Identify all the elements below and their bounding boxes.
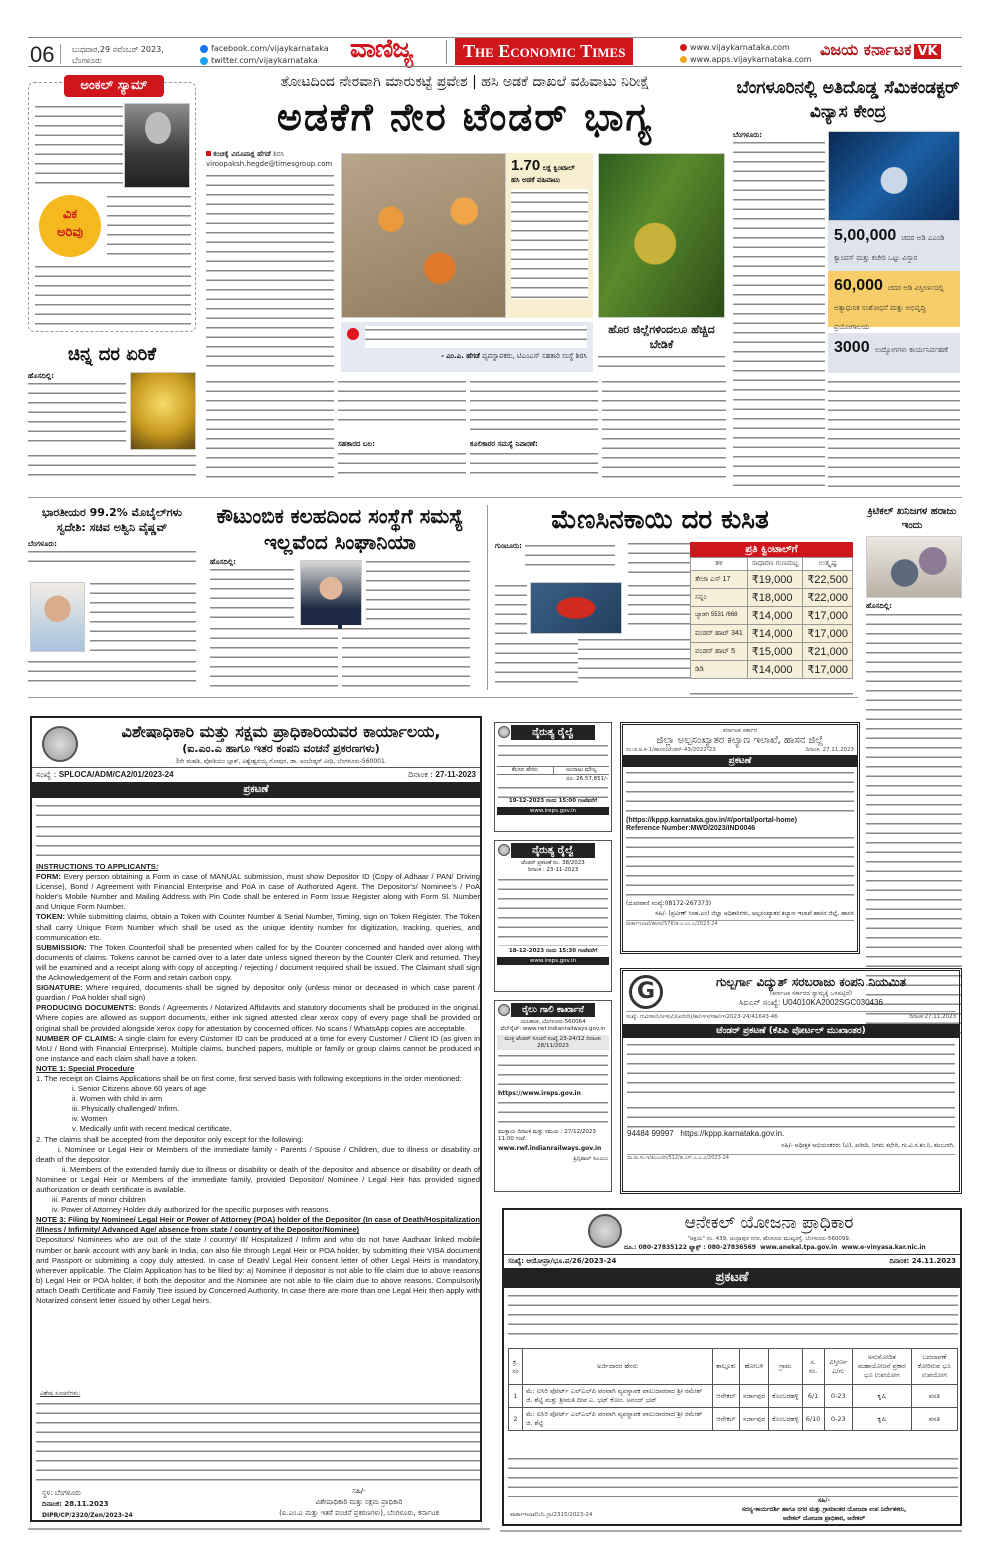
- railway-title: ನೈರುತ್ಯ ರೈಲ್ವೆ: [511, 725, 595, 740]
- website-url: www.vijaykarnataka.com: [690, 43, 790, 52]
- lead-body-col1b: [206, 378, 334, 478]
- rwf-table: [498, 1099, 608, 1127]
- uncle-sam-body-2: [107, 193, 191, 259]
- instruction-label: SUBMISSION:: [36, 943, 87, 952]
- col-village: ಗ್ರಾಮ: [769, 1349, 803, 1385]
- exception-item: i. Senior Citizens above 60 years of age: [36, 1084, 480, 1094]
- cell: 2: [509, 1408, 523, 1431]
- instruction-text: Where required, documents shall be signe…: [36, 983, 480, 1002]
- col-best: ಉತ್ಕೃಷ್ಟ: [803, 558, 853, 571]
- rwf-logo-icon: [498, 1004, 510, 1016]
- rwf-ref: ಮುಕ್ತ ಟೆಂಡರ್ ಸೂಚನೆ ಸಂಖ್ಯೆ 23-24/12 ದಿನಾಂ…: [497, 1035, 609, 1050]
- website-link[interactable]: www.vijaykarnataka.com: [680, 42, 812, 54]
- sub-item: i. Nominee or Legal Heir or Members of t…: [36, 1145, 480, 1165]
- anekal-web-2[interactable]: www.e-vinyasa.kar.nic.in: [842, 1244, 926, 1251]
- side-body: [598, 353, 725, 373]
- col-area: ವಿಸ್ತೀರ್ಣ ಎ/ಗು: [824, 1349, 852, 1385]
- facebook-url: facebook.com/vijaykarnataka: [211, 44, 329, 53]
- instruction-documents: PRODUCING DOCUMENTS: Bonds / Agreements …: [36, 1003, 480, 1033]
- rule: [504, 1254, 960, 1255]
- masthead-bottom-rule: [28, 66, 962, 67]
- exception-item: iv. Women: [36, 1114, 480, 1124]
- railway-work-desc: [498, 784, 608, 798]
- gescom-bar: ಟೆಂಡರ್ ಪ್ರಕಟಣೆ (ಕೆಪಿಪಿ ಪೋರ್ಟಲ್ ಮುಖಾಂತರ): [623, 1024, 959, 1038]
- brand-logo: ವಿಜಯ ಕರ್ನಾಟಕVK: [820, 40, 941, 60]
- best-price: ₹17,000: [803, 607, 853, 625]
- lead-body-col3: [470, 378, 598, 438]
- lead-body-col4: [602, 378, 726, 478]
- portrait-face: [145, 112, 171, 144]
- cell: ಕೃಷಿ: [852, 1408, 911, 1431]
- gescom-ref: ಸಂಖ್ಯೆ: ಗುವಿಸಕಂನಿ/ಅಇ(ವಿ)(ಖರೀದಿ)/ಕಾನಿಇಇ/ಸ…: [626, 1014, 778, 1021]
- mobile-headline: ಭಾರತೀಯರ 99.2% ಮೊಬೈಲ್‌ಗಳು ಸ್ವದೇಶಿ: ಸಚಿವ ಅ…: [28, 505, 196, 535]
- stat-header: 1.70 ಲಕ್ಷ ಕ್ವಿಂಟಾಲ್: [511, 157, 588, 174]
- twitter-icon: [200, 57, 208, 65]
- instruction-form: FORM: Every person obtaining a Form in c…: [36, 872, 480, 912]
- exception-item: iii. Physically challenged/ Infirm.: [36, 1104, 480, 1114]
- railway2-body: [498, 876, 608, 946]
- anekal-ref: ಸಂಖ್ಯೆ: ಆಯೋಪ್ರಾ/ಭೂ.ಪ/26/2023-24: [508, 1257, 616, 1266]
- anekal-web-1[interactable]: www.anekal.tpa.gov.in: [760, 1244, 837, 1251]
- notice-address: 3ನೇ ಮಹಡಿ, ಪೋಡಿಯಂ ಬ್ಲಾಕ್, ವಿಶ್ವೇಶ್ವರಯ್ಯ ಗ…: [82, 758, 480, 766]
- stat-value: 5,00,000: [834, 227, 896, 244]
- anekal-foot-text: [508, 1455, 958, 1497]
- avg-price: ₹14,000: [747, 607, 803, 625]
- anekal-date: ದಿನಾಂಕ: 24.11.2023: [889, 1257, 956, 1266]
- col-average: ಸಾಧಾರಣ ಗುಣಮಟ್ಟ: [747, 558, 803, 571]
- anekal-contact-row: ದೂ.: 080-27835122 ಫ್ಯಾಕ್ಸ್ : 080-2783656…: [624, 1244, 954, 1252]
- uncle-sam-label: ಅಂಕಲ್ ಸ್ಯಾಮ್: [64, 75, 164, 97]
- railway-value: ರೂ. 26,57,851/-: [498, 776, 608, 783]
- gescom-cin: ಸಿಐಎನ್ ಸಂಖ್ಯೆ: U04010KA2002SGC030436: [663, 998, 959, 1008]
- mobile-body: [28, 548, 196, 570]
- rwf-address: ಯಲಹಂಕ, ಬೆಂಗಳೂರು-560064: [495, 1019, 611, 1026]
- twitter-url: twitter.com/vijaykarnataka: [211, 56, 318, 65]
- best-price: ₹17,000: [803, 625, 853, 643]
- globe-icon: [680, 44, 687, 51]
- col-taluk: ತಾಲ್ಲೂಕು: [713, 1349, 740, 1385]
- date-text: ಬುಧವಾರ,29 ನವೆಂಬರ್ 2023,: [72, 44, 164, 55]
- gold-body: [28, 380, 126, 448]
- sign-1: ಸದಸ್ಯ-ಕಾರ್ಯದರ್ಶಿ ಹಾಗೂ ನಗರ ಮತ್ತು ಗ್ರಾಮಾಂತ…: [694, 1505, 954, 1514]
- lead-body-col3b: [470, 450, 598, 480]
- hassan-title: ಜಿಲ್ಲಾ ಅಲ್ಪಸಂಖ್ಯಾತರ ಕಲ್ಯಾಣ ಇಲಾಖೆ, ಹಾಸನ ಜ…: [623, 735, 857, 746]
- instruction-signature: SIGNATURE: Where required, documents sha…: [36, 983, 480, 1003]
- stat-value: 1.70: [511, 157, 540, 174]
- stat-box: 1.70 ಲಕ್ಷ ಕ್ವಿಂಟಾಲ್ ಹಸಿ ಅಡಕೆ ವಹಿವಾಟು: [506, 153, 593, 318]
- lead-byline: ಕಂಚಿಕೈ ವಿರೂಪಾಕ್ಷ ಹೆಗಡೆ ಶಿರಸಿ: [206, 150, 284, 159]
- cell: 0-23: [824, 1385, 852, 1408]
- rule: [32, 767, 480, 768]
- badge-line-1: ವಿಕ: [39, 207, 101, 222]
- avg-price: ₹18,000: [747, 589, 803, 607]
- col-from-use: ಅನುಮೋದಿತ ಮಹಾಯೋಜನೆ ಪ್ರಕಾರ ಭೂ ಉಪಯೋಗ: [852, 1349, 911, 1385]
- gescom-footer: ವಾ.ಸಾ.ಸಂ.ಇ/ಕಲಬುರಗಿ/512/ಡಿ.ಎಸ್.ಎ.ಎ.ವಿ/202…: [627, 1154, 955, 1161]
- section-divider: [28, 497, 962, 498]
- instruction-label: NUMBER OF CLAIMS:: [36, 1034, 116, 1043]
- vk-badge: VK: [914, 44, 940, 59]
- gold-jewelry-photo: [130, 372, 196, 450]
- gescom-notice: G ಗುಲ್ಬರ್ಗಾ ವಿದ್ಯುತ್ ಸರಬರಾಜು ಕಂಪನಿ ನಿಯಮಿ…: [620, 968, 962, 1194]
- notice-title: ವಿಶೇಷಾಧಿಕಾರಿ ಮತ್ತು ಸಕ್ಷಮ ಪ್ರಾಧಿಕಾರಿಯವರ ಕ…: [82, 722, 480, 742]
- rwf-body: [498, 1052, 608, 1088]
- table-title: ಪ್ರತಿ ಕ್ವಿಂಟಾಲ್‌ಗೆ: [690, 542, 853, 557]
- karnataka-emblem-icon: [42, 726, 78, 762]
- col-variety: ತಳಿ: [691, 558, 748, 571]
- railway-logo-icon: [498, 726, 510, 738]
- hassan-ref-row: ಸಂ:ಜಿ.ಅ.ಕ-1/ಹಾಸನ/ಟೆಂಡರ್-43/2022-23ದಿನಾಂಕ…: [626, 747, 854, 754]
- variety: ಬ್ಯಾಡಗಿ 5531 /668: [691, 607, 748, 625]
- ref-number: SPLOCA/ADM/CA2/01/2023-24: [59, 770, 174, 779]
- cell: 6/10: [802, 1408, 824, 1431]
- avg-price: ₹15,000: [747, 643, 803, 661]
- date-value: 27-11-2023: [436, 770, 476, 779]
- gold-body-cont: [28, 452, 196, 482]
- uncle-sam-body-1: [35, 103, 123, 189]
- raymond-body-col1b: [210, 625, 338, 687]
- ireps-link[interactable]: https://www.ireps.gov.in: [498, 1090, 608, 1097]
- signatory-1: ವಿಶೇಷಾಧಿಕಾರಿ ಮತ್ತು ಸಕ್ಷಮ ಪ್ರಾಧಿಕಾರಿ: [244, 1497, 474, 1508]
- note3-text: Depositors/ Nominees who are out of the …: [36, 1235, 480, 1306]
- instructions-block: INSTRUCTIONS TO APPLICANTS: FORM: Every …: [36, 862, 480, 1306]
- spl-officer-notice: ವಿಶೇಷಾಧಿಕಾರಿ ಮತ್ತು ಸಕ್ಷಮ ಪ್ರಾಧಿಕಾರಿಯವರ ಕ…: [30, 716, 482, 1522]
- instruction-label: SIGNATURE:: [36, 983, 83, 992]
- cell: 1: [509, 1385, 523, 1408]
- notice-ref: ಸಂಖ್ಯೆ : SPLOCA/ADM/CA2/01/2023-24: [36, 770, 174, 780]
- gescom-body: [627, 1041, 955, 1101]
- gescom-title: ಗುಲ್ಬರ್ಗಾ ವಿದ್ಯುತ್ ಸರಬರಾಜು ಕಂಪನಿ ನಿಯಮಿತ: [663, 975, 959, 990]
- quote-attribution: - ಎಂ.ಎ. ಹೆಗಡೆ ವ್ಯವಸ್ಥಾಪಕರು, ಟಿಎಂಎಸ್ ಸಹಕಾ…: [347, 352, 587, 361]
- section-title: ವಾಣಿಜ್ಯ: [350, 34, 412, 65]
- notice-signoff-right: ಸಹಿ/- ವಿಶೇಷಾಧಿಕಾರಿ ಮತ್ತು ಸಕ್ಷಮ ಪ್ರಾಧಿಕಾರ…: [244, 1486, 474, 1519]
- instruction-claims: NUMBER OF CLAIMS: A single claim for eve…: [36, 1034, 480, 1064]
- railway-tender-2: ನೈರುತ್ಯ ರೈಲ್ವೆ ಟೆಂಡರ್ ಪ್ರಕಟಣೆ ನಂ. 38/202…: [494, 840, 612, 992]
- lead-headline: ಅಡಕೆಗೆ ನೇರ ಟೆಂಡರ್ ಭಾಗ್ಯ: [200, 92, 730, 142]
- chip-photo: [828, 131, 960, 221]
- facebook-icon: [200, 45, 208, 53]
- railway-closing: 18-12-2023 ರಂದು 15:30 ಗಂಟೆವರೆಗೆ: [495, 948, 611, 955]
- notice-subtitle: (ಐ.ಎಂ.ಎ ಹಾಗೂ ಇತರ ಕಂಪನಿ ವಂಚನೆ ಪ್ರಕರಣಗಳು): [82, 742, 480, 756]
- railway-closing: 19-12-2023 ರಂದು 15:00 ಗಂಟೆವರೆಗೆ: [495, 798, 611, 805]
- place: ಸ್ಥಳ: ಬೆಂಗಳೂರು: [42, 1488, 133, 1499]
- best-price: ₹21,000: [803, 643, 853, 661]
- cell: ವಸತಿ: [911, 1385, 957, 1408]
- anekal-signoff: ಸಹಿ/- ಸದಸ್ಯ-ಕಾರ್ಯದರ್ಶಿ ಹಾಗೂ ನಗರ ಮತ್ತು ಗ್…: [694, 1496, 954, 1523]
- cell: ವಸತಿ: [911, 1408, 957, 1431]
- lead-body-col2: [338, 378, 466, 422]
- avg-price: ₹19,000: [747, 571, 803, 589]
- quote-dot-icon: [347, 328, 359, 340]
- best-price: ₹22,000: [803, 589, 853, 607]
- instruction-text: Every person obtaining a Form in case of…: [36, 872, 480, 911]
- divider: [60, 44, 61, 64]
- rwf-closing: ಮುಕ್ತಾಯ ದಿನಾಂಕ ಮತ್ತು ಸಮಯ : 27/12/2023 11…: [498, 1129, 608, 1143]
- exception-item: v. Medically unfit with recent medical c…: [36, 1124, 480, 1134]
- cell: 0-23: [824, 1408, 852, 1431]
- sign-2: ಆನೇಕಲ್ ಯೋಜನಾ ಪ್ರಾಧಿಕಾರ, ಆನೇಕಲ್: [694, 1514, 954, 1523]
- cell: ಮೆ: ಐಸಿರಿ ಪೋರ್ಟ್ ಎಲ್‌ಎಲ್‌ಪಿ ಪರವಾಗಿ ವ್ಯವಸ…: [523, 1408, 713, 1431]
- byline-place: ಶಿರಸಿ: [273, 150, 284, 158]
- cell: ಮೆ: ಐಸಿರಿ ಪೋರ್ಟ್ ಎಲ್‌ಎಲ್‌ಪಿ ಪರವಾಗಿ ವ್ಯವಸ…: [523, 1385, 713, 1408]
- kppp-link[interactable]: (https://kppp.karnataka.gov.in/#/portal/…: [626, 817, 854, 824]
- chilli-body-6: [578, 636, 706, 686]
- raymond-body-col2b: [342, 625, 470, 687]
- uncle-sam-portrait: [124, 103, 190, 188]
- cell: ಕೊಂಬರಹಳ್ಳಿ: [769, 1408, 803, 1431]
- lead-kicker: ತೋಟದಿಂದ ನೇರವಾಗಿ ಮಾರುಕಟ್ಟೆ ಪ್ರವೇಶ | ಹಸಿ ಅ…: [200, 74, 730, 90]
- gescom-sign: ಸಹಿ/- ಅಧೀಕ್ಷಕ ಅಭಿಯಂತರರು (ವಿ), ಖರೀದಿ, ನಿಗ…: [627, 1142, 955, 1150]
- hassan-phone: (ದೂರವಾಣಿ ಸಂಖ್ಯೆ:08172-267373): [626, 900, 854, 908]
- areca-palm-photo: [598, 153, 725, 318]
- instruction-token: TOKEN: While submitting claims, obtain a…: [36, 912, 480, 942]
- note1-heading: NOTE 1: Special Procedure: [36, 1064, 134, 1073]
- variety: ಸನ್ನಂ: [691, 589, 748, 607]
- semicon-body-col1b: [733, 396, 825, 486]
- tender-date: ದಿನಾಂಕ : 23-11-2023: [495, 867, 611, 874]
- sd: ಸಹಿ/-: [694, 1496, 954, 1505]
- railway-intro: [498, 742, 608, 764]
- bottom-rule: [500, 1530, 962, 1532]
- side-headline: ಹೊರ ಜಿಲ್ಲೆಗಳಿಂದಲೂ ಹೆಚ್ಚಿದ ಬೇಡಿಕೆ: [598, 322, 725, 352]
- web-links: www.vijaykarnataka.com www.apps.vijaykar…: [680, 42, 812, 66]
- anekal-notice: ಆನೇಕಲ್ ಯೋಜನಾ ಪ್ರಾಧಿಕಾರ "ಅಕ್ಷಯ" ನಂ. 439, …: [502, 1208, 962, 1526]
- stat-value: 3000: [834, 339, 870, 356]
- railway-website[interactable]: www.ireps.gov.in: [497, 807, 609, 815]
- cell: ಆನೇಕಲ್: [713, 1385, 740, 1408]
- stat-text: ಉದ್ಯೋಗಗಳು ಕಾರ್ಯನಿರ್ವಹಣೆ: [875, 346, 948, 354]
- col-sno: ಕ್ರ. ಸಂ: [509, 1349, 523, 1385]
- brand-name: ವಿಜಯ ಕರ್ನಾಟಕ: [820, 40, 911, 59]
- avg-price: ₹14,000: [747, 625, 803, 643]
- ref-label: ಸಂಖ್ಯೆ :: [36, 770, 56, 779]
- badge-line-2: ಅರಿವು: [39, 225, 101, 240]
- semicon-stat-1: 5,00,000 ಚದರ ಅಡಿ ಎಎಂಡಿ ಕ್ಯಾಂಪಸ್ ಮತ್ತು ಕಚ…: [828, 221, 960, 271]
- hassan-reference-number: Reference Number:MWD/2023/IND0046: [626, 825, 854, 832]
- best-price: ₹22,500: [803, 571, 853, 589]
- mobile-body-3: [28, 658, 196, 688]
- rwf-title: ರೈಲು ಗಾಲಿ ಕಾರ್ಖಾನೆ: [511, 1003, 595, 1017]
- notice-date: ದಿನಾಂಕ : 27-11-2023: [408, 770, 476, 780]
- apps-link[interactable]: www.apps.vijaykarnataka.com: [680, 54, 812, 66]
- table-row: ತೇಜಾ ಎಸ್ 17₹19,000₹22,500: [691, 571, 853, 589]
- instruction-label: PRODUCING DOCUMENTS:: [36, 1003, 136, 1012]
- semicon-stat-3: 3000 ಉದ್ಯೋಗಗಳು ಕಾರ್ಯನಿರ್ವಹಣೆ: [828, 333, 960, 373]
- uncle-sam-box: ಅಂಕಲ್ ಸ್ಯಾಮ್ ವಿಕ ಅರಿವು: [28, 82, 196, 332]
- chilli-dateline: ಗುಂಟೂರು:: [495, 542, 522, 551]
- gescom-logo-icon: G: [629, 975, 663, 1009]
- anekal-bar: ಪ್ರಕಟಣೆ: [504, 1268, 960, 1288]
- tender-number: ಟೆಂಡರ್ ಪ್ರಕಟಣೆ ನಂ. 38/2023: [495, 860, 611, 867]
- railway-tender-1: ನೈರುತ್ಯ ರೈಲ್ವೆ ಕೆಲಸದ ಹೆಸರು ಅಂದಾಜು ಮೌಲ್ಯ …: [494, 722, 612, 832]
- date-label: ದಿನಾಂಕ :: [408, 770, 433, 779]
- hassan-org: ಕರ್ನಾಟಕ ಸರ್ಕಾರ: [623, 727, 857, 735]
- instruction-text: While submitting claims, obtain a Token …: [36, 912, 480, 941]
- chilli-headline: ಮೆಣಸಿನಕಾಯಿ ದರ ಕುಸಿತ: [495, 505, 825, 535]
- gescom-website[interactable]: https://kppp.karnataka.gov.in.: [680, 1129, 784, 1138]
- sub-item: iv. Power of Attorney Holder duly author…: [36, 1205, 480, 1215]
- chilli-photo: [530, 582, 622, 634]
- section-divider: [28, 697, 858, 698]
- semicon-headline: ಬೆಂಗಳೂರಿನಲ್ಲಿ ಅತಿದೊಡ್ಡ ಸೆಮಿಕಂಡಕ್ಟರ್ ವಿನ್…: [733, 76, 963, 124]
- railway-title: ನೈರುತ್ಯ ರೈಲ್ವೆ: [511, 843, 595, 858]
- gescom-contact: 94484 99997 https://kppp.karnataka.gov.i…: [627, 1129, 955, 1138]
- gescom-date: ದಿನಾಂಕ:27.11.2023: [909, 1014, 956, 1021]
- rwf-site[interactable]: www.rwf.indianrailways.gov.in: [498, 1145, 608, 1152]
- lead-body-col1: [206, 172, 334, 367]
- avg-price: ₹14,000: [747, 661, 803, 679]
- table-row: ಡಿಡಿ₹14,000₹17,000: [691, 661, 853, 679]
- notice-intro-kannada: [36, 802, 480, 820]
- note3-heading: NOTE 3: Filing by Nominee/ Legal Heir or…: [36, 1215, 480, 1234]
- exception-item: ii. Women with child in arm: [36, 1094, 480, 1104]
- railway-table-head: ಕೆಲಸದ ಹೆಸರು ಅಂದಾಜು ಮೌಲ್ಯ: [497, 766, 609, 775]
- price-table: ತಳಿ ಸಾಧಾರಣ ಗುಣಮಟ್ಟ ಉತ್ಕೃಷ್ಟ ತೇಜಾ ಎಸ್ 17₹…: [690, 557, 853, 679]
- variety: ವಂಡರ್ ಹಾಟ್ 5: [691, 643, 748, 661]
- table-row: ಸನ್ನಂ₹18,000₹22,000: [691, 589, 853, 607]
- cell: ಕೊಂಬರಹಳ್ಳಿ: [769, 1385, 803, 1408]
- col-work: ಕೆಲಸದ ಹೆಸರು: [497, 767, 553, 774]
- anekal-title: ಆನೇಕಲ್ ಯೋಜನಾ ಪ್ರಾಧಿಕಾರ: [624, 1213, 914, 1233]
- kannada-notes: [36, 1400, 480, 1484]
- sub-item: ii. Members of the extended family due t…: [36, 1165, 480, 1195]
- facebook-link[interactable]: facebook.com/vijaykarnataka: [200, 43, 329, 55]
- gescom-phone: 94484 99997: [627, 1129, 674, 1138]
- apps-url: www.apps.vijaykarnataka.com: [690, 55, 812, 64]
- dipr-number: DIPR/CP/2320/Zen/2023-24: [42, 1510, 133, 1521]
- column-divider: [487, 505, 488, 690]
- hassan-date: ದಿನಾಂಕ: 27.11.2023: [805, 747, 854, 754]
- chilli-price-table: ಪ್ರತಿ ಕ್ವಿಂಟಾಲ್‌ಗೆ ತಳಿ ಸಾಧಾರಣ ಗುಣಮಟ್ಟ ಉತ…: [690, 542, 853, 679]
- quote-author: - ಎಂ.ಎ. ಹೆಗಡೆ: [441, 352, 480, 360]
- gescom-subtitle: (ಕರ್ನಾಟಕ ಸರ್ಕಾರದ ಸ್ವಾಮ್ಯಕ್ಕೆ ಒಳಪಟ್ಟಿದೆ): [663, 990, 959, 998]
- anekal-emblem-icon: [588, 1214, 622, 1248]
- mobile-body-2: [90, 580, 196, 656]
- stat-title: ಹಸಿ ಅಡಕೆ ವಹಿವಾಟು: [511, 176, 588, 185]
- subhead-cooperation: ಸಹಕಾರದ ಬಲ:: [338, 440, 375, 449]
- page-number: 06: [30, 42, 54, 68]
- hassan-notice: ಕರ್ನಾಟಕ ಸರ್ಕಾರ ಜಿಲ್ಲಾ ಅಲ್ಪಸಂಖ್ಯಾತರ ಕಲ್ಯಾ…: [620, 722, 860, 954]
- divider: [446, 40, 447, 64]
- rwf-tender: ರೈಲು ಗಾಲಿ ಕಾರ್ಖಾನೆ ಯಲಹಂಕ, ಬೆಂಗಳೂರು-56006…: [494, 1000, 612, 1192]
- railway-logo-icon: [498, 844, 510, 856]
- et-logo: The Economic Times: [455, 38, 633, 65]
- anekal-body: [508, 1292, 958, 1342]
- anekal-footer: ವಾರ್ತಾಇಲಾಖೆ/ಬೆಂ.ಗ್ರಾ/2315/2023-24: [510, 1512, 592, 1519]
- anekal-contact: ದೂ.: 080-27835122 ಫ್ಯಾಕ್ಸ್ : 080-2783656…: [624, 1244, 756, 1251]
- byline-name: ಕಂಚಿಕೈ ವಿರೂಪಾಕ್ಷ ಹೆಗಡೆ: [213, 150, 271, 158]
- cell: ಸರ್ಜಾಪುರ: [739, 1408, 768, 1431]
- table-row: 2 ಮೆ: ಐಸಿರಿ ಪೋರ್ಟ್ ಎಲ್‌ಎಲ್‌ಪಿ ಪರವಾಗಿ ವ್ಯ…: [509, 1408, 958, 1431]
- col-applicant: ಅರ್ಜಿದಾರರ ಹೆಸರು: [523, 1349, 713, 1385]
- hassan-sign: ಸಹಿ/- (ಪ್ರವೀಣ್ ಸಿಂಹ.ಎಂ) ಜಿಲ್ಲಾ ಅಧಿಕಾರಿಗಳ…: [626, 910, 854, 918]
- social-links: facebook.com/vijaykarnataka twitter.com/…: [200, 43, 329, 67]
- hassan-body: [626, 769, 854, 815]
- byline-bullet-icon: [206, 151, 211, 156]
- minerals-headline: ಕ್ರಿಟಿಕಲ್ ಖನಿಜಗಳ ಹರಾಜು ಇಂದು: [862, 505, 962, 533]
- railway-website[interactable]: www.ireps.gov.in: [497, 957, 609, 965]
- variety: ತೇಜಾ ಎಸ್ 17: [691, 571, 748, 589]
- raymond-body-col2: [366, 558, 470, 624]
- cell: ಆನೇಕಲ್: [713, 1408, 740, 1431]
- quote-text: [365, 326, 587, 348]
- instruction-text: The Token Counterfoil shall be presented…: [36, 943, 480, 982]
- rwf-sign: ಪ್ರಿನ್ಸಿಪಾಲ್ ಸಿಎಂಎಂ: [498, 1156, 608, 1163]
- quote-box: - ಎಂ.ಎ. ಹೆಗಡೆ ವ್ಯವಸ್ಥಾಪಕರು, ಟಿಎಂಎಸ್ ಸಹಕಾ…: [341, 322, 593, 372]
- uncle-sam-body-3: [35, 263, 191, 325]
- semicon-body-col2: [828, 378, 960, 488]
- stat-value: 60,000: [834, 277, 883, 294]
- cell: ಸರ್ಜಾಪುರ: [739, 1385, 768, 1408]
- best-price: ₹17,000: [803, 661, 853, 679]
- subhead-labour: ಕೂಲಿಕಾರರ ಸಮಸ್ಯೆ ನಿವಾರಣೆ:: [470, 440, 538, 449]
- table-row: 1 ಮೆ: ಐಸಿರಿ ಪೋರ್ಟ್ ಎಲ್‌ಎಲ್‌ಪಿ ಪರವಾಗಿ ವ್ಯ…: [509, 1385, 958, 1408]
- variety: ವಂಡರ್ ಹಾಟ್ 341: [691, 625, 748, 643]
- variety: ಡಿಡಿ: [691, 661, 748, 679]
- chilli-body-5: [628, 582, 696, 632]
- gescom-body-2: [627, 1104, 955, 1128]
- minerals-photo: [866, 536, 962, 598]
- anekal-table: ಕ್ರ. ಸಂ ಅರ್ಜಿದಾರರ ಹೆಸರು ತಾಲ್ಲೂಕು ಹೋಬಳಿ ಗ…: [508, 1348, 958, 1431]
- city-text: ಬೆಂಗಳೂರು: [72, 55, 164, 66]
- raymond-headline: ಕೌಟುಂಬಿಕ ಕಲಹದಿಂದ ಸಂಸ್ಥೆಗೆ ಸಮಸ್ಯೆ ಇಲ್ಲವೆಂ…: [205, 503, 475, 555]
- chilli-body-1: [525, 542, 615, 572]
- lead-email[interactable]: viroopaksh.hegde@timesgroup.com: [206, 160, 332, 168]
- note1-item-1: 1. The receipt on Claims Applications sh…: [36, 1074, 480, 1084]
- chilli-body-7: [690, 690, 853, 702]
- lead-body-col2b: [338, 450, 466, 480]
- col-hobli: ಹೋಬಳಿ: [739, 1349, 768, 1385]
- semicon-body-col1: [733, 139, 825, 394]
- col-survey: ಸ. ನಂ.: [802, 1349, 824, 1385]
- notice-signoff-left: ಸ್ಥಳ: ಬೆಂಗಳೂರು ದಿನಾಂಕ: 28.11.2023 DIPR/C…: [42, 1488, 133, 1521]
- stat-body: [511, 189, 588, 299]
- kannada-notes-heading: ವಿಶೇಷ ಸೂಚನೆಗಳು:: [40, 1390, 80, 1398]
- table-row: ವಂಡರ್ ಹಾಟ್ 341₹14,000₹17,000: [691, 625, 853, 643]
- dateline: ಬುಧವಾರ,29 ನವೆಂಬರ್ 2023, ಬೆಂಗಳೂರು: [72, 44, 164, 66]
- bottom-rule: [28, 1528, 490, 1530]
- minerals-dateline: ಹೊಸದಿಲ್ಲಿ:: [866, 602, 892, 611]
- cell: 6/1: [802, 1385, 824, 1408]
- table-row: ವಂಡರ್ ಹಾಟ್ 5₹15,000₹21,000: [691, 643, 853, 661]
- instruction-submission: SUBMISSION: The Token Counterfoil shall …: [36, 943, 480, 983]
- hassan-footer: ವಾರ್ತಾಇಲಾಖೆ/ಹಾಸನ/576/ಡಿ.ಎ.ಎಂ.ಎ/2023-24: [626, 920, 854, 927]
- col-value: ಅಂದಾಜು ಮೌಲ್ಯ: [553, 767, 610, 774]
- anekal-address: "ಅಕ್ಷಯ" ನಂ. 439, ಚಂದ್ರಾಪುರ ನಗರ, ಹೊಸೂರು ಮ…: [624, 1236, 914, 1243]
- sd: ಸಹಿ/-: [244, 1486, 474, 1497]
- table-row: ಬ್ಯಾಡಗಿ 5531 /668₹14,000₹17,000: [691, 607, 853, 625]
- signatory-2: (ಐ.ಎಂ.ಎ ಮತ್ತು ಇತರೆ ವಂಚನೆ ಪ್ರಕರಣಗಳು), ಬೆಂ…: [244, 1508, 474, 1519]
- stat-unit: ಲಕ್ಷ ಕ್ವಿಂಟಾಲ್: [543, 164, 575, 172]
- instruction-label: FORM:: [36, 872, 61, 881]
- arecanut-sacks-photo: [341, 153, 506, 318]
- raymond-body-col1: [210, 566, 294, 622]
- sign-date: ದಿನಾಂಕ: 28.11.2023: [42, 1499, 133, 1510]
- anekal-table-wrap: ಕ್ರ. ಸಂ ಅರ್ಜಿದಾರರ ಹೆಸರು ತಾಲ್ಲೂಕು ಹೋಬಳಿ ಗ…: [508, 1348, 958, 1431]
- gescom-ref-row: ಸಂಖ್ಯೆ: ಗುವಿಸಕಂನಿ/ಅಇ(ವಿ)(ಖರೀದಿ)/ಕಾನಿಇಇ/ಸ…: [626, 1011, 956, 1021]
- notice-bar: ಪ್ರಕಟಣೆ: [32, 782, 480, 798]
- hassan-ref: ಸಂ:ಜಿ.ಅ.ಕ-1/ಹಾಸನ/ಟೆಂಡರ್-43/2022-23: [626, 747, 716, 754]
- rwf-website[interactable]: ವೆಬ್‌ಸೈಟ್: www.rwf.indianrailways.gov.in: [495, 1026, 611, 1033]
- chilli-body-2: [495, 582, 527, 634]
- instruction-label: TOKEN:: [36, 912, 65, 921]
- quote-role: ವ್ಯವಸ್ಥಾಪಕರು, ಟಿಎಂಎಸ್ ಸಹಕಾರಿ ಸಂಸ್ಥೆ ಶಿರಸ…: [482, 352, 587, 360]
- cell: ಕೃಷಿ: [852, 1385, 911, 1408]
- instructions-heading: INSTRUCTIONS TO APPLICANTS:: [36, 862, 158, 871]
- hassan-bar: ಪ್ರಕಟಣೆ: [623, 755, 857, 767]
- apps-icon: [680, 56, 687, 63]
- note1-item-2: 2. The claims shall be accepted from the…: [36, 1135, 480, 1145]
- hassan-body-2: [626, 834, 854, 898]
